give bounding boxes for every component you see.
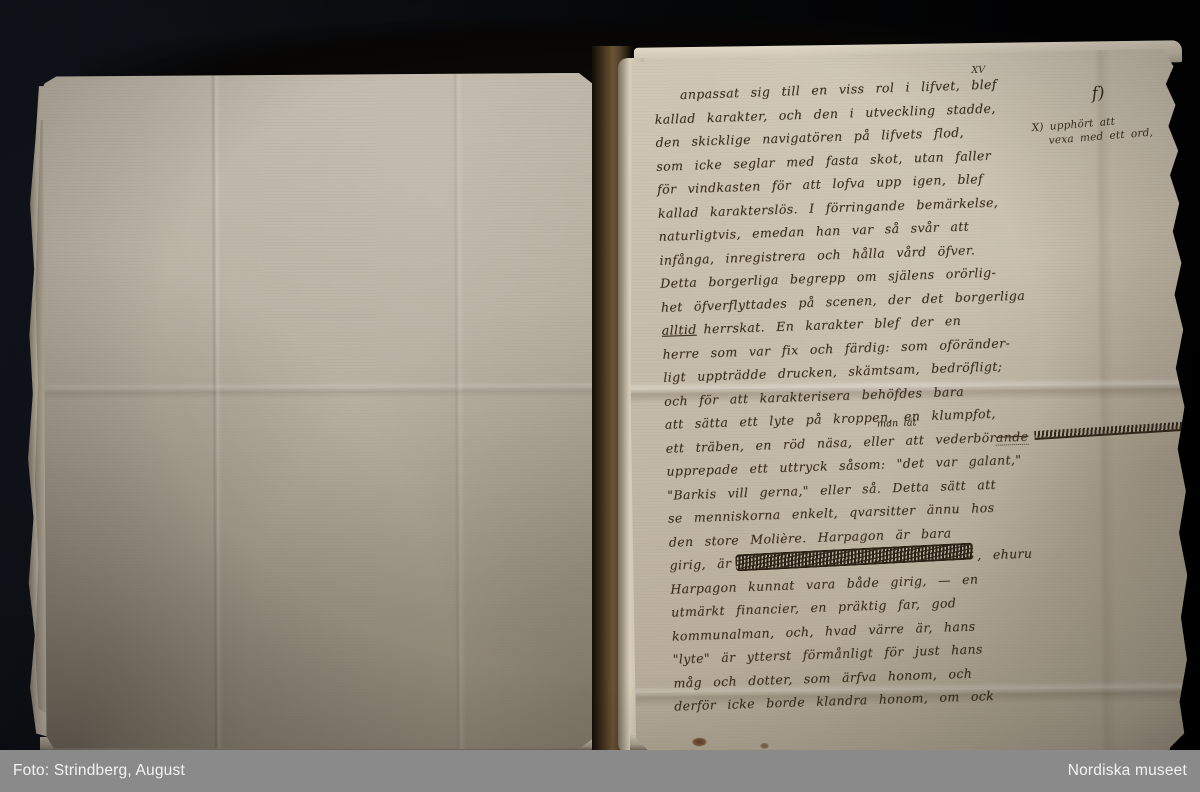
manuscript-line-text: girig, är bbox=[669, 556, 731, 573]
photo-credit: Foto: Strindberg, August bbox=[13, 762, 185, 780]
caption-bar: Foto: Strindberg, August Nordiska museet bbox=[0, 750, 1200, 792]
left-page-blank bbox=[43, 73, 596, 751]
museum-credit: Nordiska museet bbox=[1068, 762, 1187, 780]
scribble-strikethrough bbox=[1034, 420, 1200, 440]
manuscript-photo: XV f) X) upphört att vexa med ett ord, a… bbox=[0, 0, 1200, 792]
inserted-words: man lät bbox=[877, 418, 917, 429]
ink-stain bbox=[760, 743, 769, 749]
right-page-manuscript: XV f) X) upphört att vexa med ett ord, a… bbox=[627, 49, 1190, 756]
struck-word: ande bbox=[996, 428, 1029, 445]
underlined-word: alltid bbox=[662, 322, 697, 338]
manuscript-line-text: , ehuru bbox=[977, 546, 1033, 563]
manuscript-text: anpassat sig till en viss rol i lifvet, … bbox=[654, 67, 1180, 718]
ink-stain bbox=[692, 737, 707, 746]
